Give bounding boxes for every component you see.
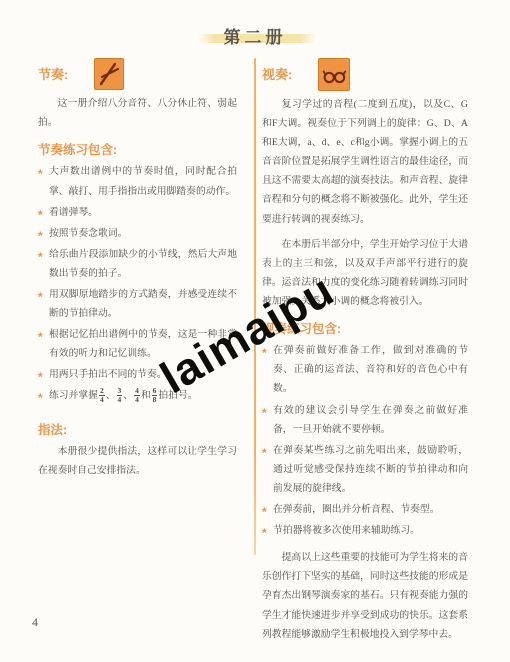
ts-and: 和	[141, 390, 151, 401]
list-item-time-signatures: *练习并掌握24、34、44和68拍拍号。	[38, 386, 237, 405]
list-item: *用双脚原地踏步的方式踏奏，并感受连续不断的节拍律动。	[38, 285, 237, 323]
time-signature-fraction: 68	[152, 387, 158, 405]
book-page: 第二册 节奏: 这一册介绍八分音符、八分休止符、弱起拍。 节奏练习包含: *大声…	[0, 0, 510, 662]
list-item-text: 在弹奏某些练习之前先唱出来，鼓励聆听，通过听觉感受保持连续不断的节拍律动和向前发…	[273, 445, 468, 494]
list-item-text: 大声数出谱例中的节奏时值，同时配合拍掌、敲打、用手指指出或用脚踏奏的动作。	[49, 166, 237, 196]
bullet-icon: *	[38, 286, 43, 309]
rhythm-heading: 节奏:	[38, 67, 68, 83]
sight-reading-section-header: 视奏:	[262, 58, 468, 91]
sight-practice-list: *在弹奏前做好准备工作，做到对准确的节奏、正确的运音法、音符和好的音色心中有数。…	[262, 341, 468, 540]
sight-reading-heading: 视奏:	[262, 67, 292, 83]
page-title: 第二册	[0, 23, 510, 48]
list-item: *给乐曲片段添加缺少的小节线，然后大声地数出节奏的拍子。	[38, 245, 237, 283]
rhythm-practice-heading: 节奏练习包含:	[38, 142, 237, 158]
bullet-icon: *	[38, 246, 43, 269]
list-item-text: 用两只手拍出不同的节奏。	[49, 369, 167, 380]
glasses-icon	[318, 58, 350, 91]
bullet-icon: *	[38, 326, 43, 349]
list-item-text: 节拍器将被多次使用来辅助练习。	[273, 525, 420, 536]
fingering-heading: 指法:	[38, 422, 237, 438]
list-item: *有效的建议会引导学生在弹奏之前做好准备，一旦开始就不要停顿。	[262, 401, 468, 439]
list-item-text: 按照节奏念歌词。	[49, 228, 127, 239]
closing-paragraph: 提高以上这些重要的技能可为学生将来的音乐创作打下坚实的基础，同时这些技能的形成是…	[262, 548, 468, 643]
separator: 、	[106, 390, 116, 401]
bullet-icon: *	[262, 442, 267, 465]
list-item-text: 有效的建议会引导学生在弹奏之前做好准备，一旦开始就不要停顿。	[273, 405, 468, 435]
ts-prefix: 练习并掌握	[49, 390, 98, 401]
rhythm-intro-paragraph: 这一册介绍八分音符、八分休止符、弱起拍。	[38, 94, 237, 132]
list-item: *在弹奏前做好准备工作，做到对准确的节奏、正确的运音法、音符和好的音色心中有数。	[262, 341, 468, 398]
rhythm-section-header: 节奏:	[38, 58, 237, 90]
fingering-paragraph: 本册很少提供指法，这样可以让学生学习在视奏时自己安排指法。	[38, 442, 237, 480]
list-item: *按照节奏念歌词。	[38, 224, 237, 243]
left-column: 节奏: 这一册介绍八分音符、八分休止符、弱起拍。 节奏练习包含: *大声数出谱例…	[38, 56, 237, 486]
time-signature-fraction: 44	[134, 387, 140, 405]
right-column: 视奏: 复习学过的音程(二度到五度)，以及C、G和F大调。视奏位于下列调上的旋律…	[262, 56, 468, 650]
list-item: *看谱弹琴。	[38, 203, 237, 222]
sight-reading-paragraph-1: 复习学过的音程(二度到五度)，以及C、G和F大调。视奏位于下列调上的旋律：G、D…	[262, 95, 468, 229]
time-signature-fraction: 24	[99, 387, 105, 405]
list-item-text: 看谱弹琴。	[49, 207, 98, 218]
bullet-icon: *	[262, 402, 267, 425]
list-item: *大声数出谱例中的节奏时值，同时配合拍掌、敲打、用手指指出或用脚踏奏的动作。	[38, 162, 237, 200]
list-item-text: 给乐曲片段添加缺少的小节线，然后大声地数出节奏的拍子。	[49, 249, 237, 279]
bullet-icon: *	[38, 387, 43, 410]
list-item: *在弹奏某些练习之前先唱出来，鼓励聆听，通过听觉感受保持连续不断的节拍律动和向前…	[262, 441, 468, 498]
list-item-text: 在弹奏前做好准备工作，做到对准确的节奏、正确的运音法、音符和好的音色心中有数。	[273, 345, 468, 394]
list-item: *在弹奏前，圈出并分析音程、节奏型。	[262, 500, 468, 519]
list-item-text: 用双脚原地踏步的方式踏奏，并感受连续不断的节拍律动。	[49, 289, 237, 319]
page-number: 4	[32, 615, 38, 630]
time-signature-fraction: 34	[117, 387, 123, 405]
rhythm-sticks-icon	[94, 58, 124, 90]
bullet-icon: *	[38, 163, 43, 186]
separator: 、	[123, 390, 133, 401]
bullet-icon: *	[262, 522, 267, 545]
list-item-text: 在弹奏前，圈出并分析音程、节奏型。	[273, 504, 440, 515]
list-item: *节拍器将被多次使用来辅助练习。	[262, 521, 468, 540]
